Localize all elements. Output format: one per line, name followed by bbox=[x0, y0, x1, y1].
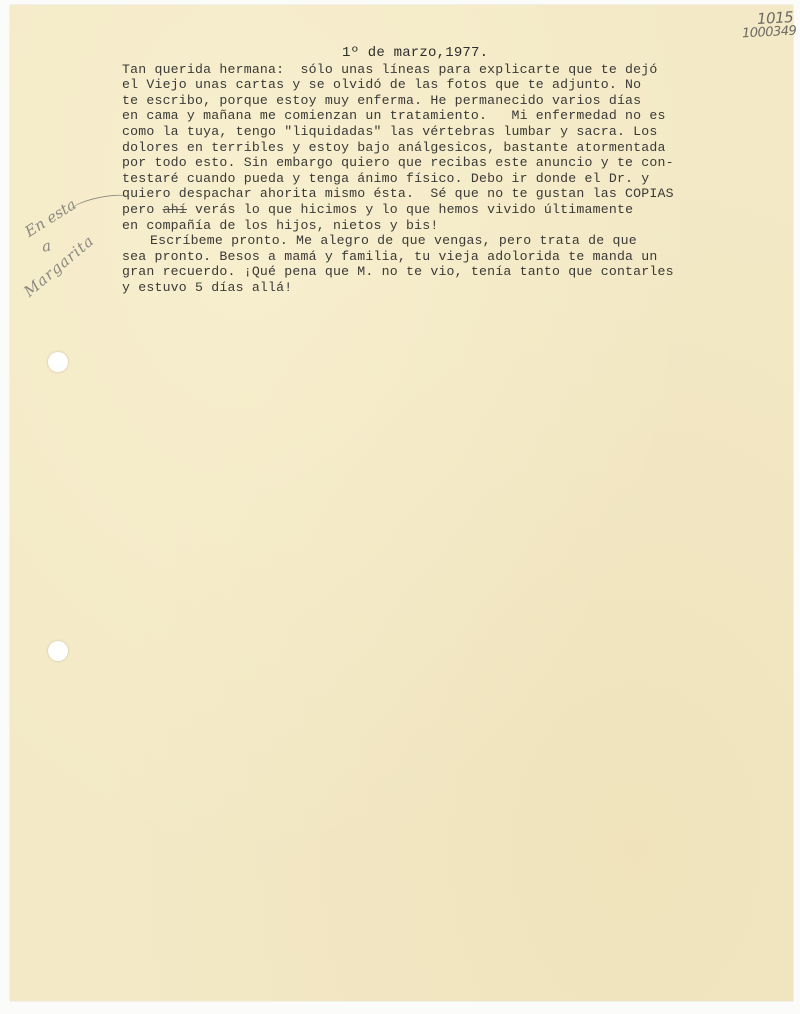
letter-date: 1º de marzo,1977. bbox=[122, 46, 762, 62]
punch-hole bbox=[48, 352, 68, 372]
text-line: Tan querida hermana: sólo unas líneas pa… bbox=[122, 62, 762, 78]
punch-hole bbox=[48, 641, 68, 661]
text-line: en compañía de los hijos, nietos y bis! bbox=[122, 218, 762, 234]
text-line: como la tuya, tengo "liquidadas" las vér… bbox=[122, 124, 762, 140]
handwritten-margin-note: En esta a Margarita bbox=[14, 195, 124, 305]
text-fragment: verás lo que hicimos y lo que hemos vivi… bbox=[187, 202, 633, 217]
text-line: por todo esto. Sin embargo quiero que re… bbox=[122, 155, 762, 171]
text-line: gran recuerdo. ¡Qué pena que M. no te vi… bbox=[122, 264, 762, 280]
text-line: Escríbeme pronto. Me alegro de que venga… bbox=[122, 233, 762, 249]
paragraph-1: Tan querida hermana: sólo unas líneas pa… bbox=[122, 62, 762, 234]
text-line: testaré cuando pueda y tenga ánimo físic… bbox=[122, 171, 762, 187]
margin-note-word: a bbox=[41, 236, 53, 255]
text-line: quiero despachar ahorita mismo ésta. Sé … bbox=[122, 186, 762, 202]
struck-word: ahí bbox=[163, 202, 187, 217]
margin-note-word: Margarita bbox=[20, 231, 97, 300]
text-line: dolores en terribles y estoy bajo análge… bbox=[122, 140, 762, 156]
text-line: te escribo, porque estoy muy enferma. He… bbox=[122, 93, 762, 109]
archive-number: 1000349 bbox=[742, 24, 797, 42]
paragraph-2: Escríbeme pronto. Me alegro de que venga… bbox=[122, 233, 762, 295]
text-line: en cama y mañana me comienzan un tratami… bbox=[122, 108, 762, 124]
text-line-with-strikethrough: pero ahí verás lo que hicimos y lo que h… bbox=[122, 202, 762, 218]
margin-note-word: En esta bbox=[22, 195, 80, 240]
scanned-page: 1015 1000349 En esta a Margarita 1º de m… bbox=[0, 0, 800, 1014]
text-line: el Viejo unas cartas y se olvidó de las … bbox=[122, 77, 762, 93]
letter-body: 1º de marzo,1977. Tan querida hermana: s… bbox=[122, 46, 762, 296]
text-line: y estuvo 5 días allá! bbox=[122, 280, 762, 296]
text-fragment: pero bbox=[122, 202, 163, 217]
text-line: sea pronto. Besos a mamá y familia, tu v… bbox=[122, 249, 762, 265]
